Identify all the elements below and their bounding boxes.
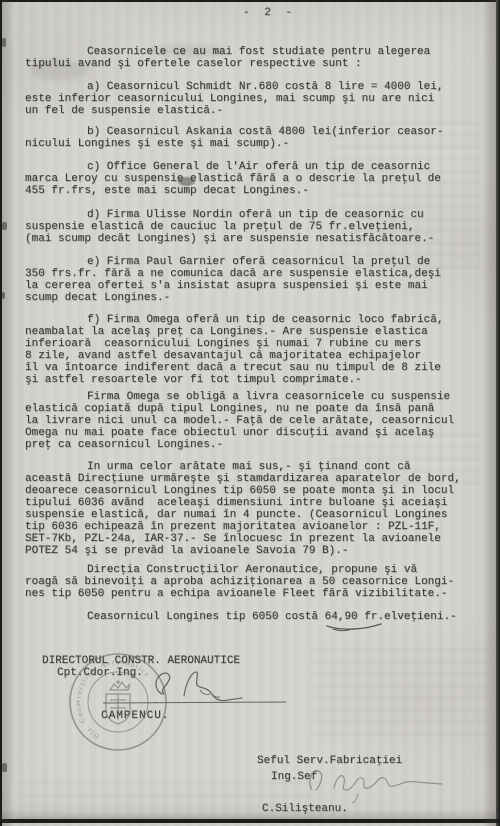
text-line: inferioară ceasornicului Longines şi num… [25, 338, 485, 350]
text-line: Direcţia Construcţiilor Aeronautice, pro… [25, 564, 485, 576]
text-line: 455 fr.frs, este mai scump decat Longine… [25, 185, 485, 197]
text-line: suspensie elastică, dar numai în 4 punct… [25, 509, 485, 521]
scan-shadow [482, 0, 496, 826]
scan-shadow [2, 0, 14, 826]
text-line: elastică copiată după tipul Longines, nu… [25, 403, 485, 415]
text-line: este inferior ceasornicului Longines, ma… [25, 93, 485, 105]
text-line: neambalat la acelaş preţ ca Longines.- A… [25, 326, 485, 338]
chief-signature-scribble [300, 760, 470, 805]
text-line: d) Firma Ulisse Nordin oferă un tip de c… [25, 209, 485, 221]
text-line: nicului Longines şi este şi mai scump).- [25, 138, 485, 150]
text-line: deoarece ceasornicul Longines tip 6050 s… [25, 485, 485, 497]
text-line: f) Firma Omega oferă un tip de ceasornic… [25, 314, 485, 326]
text-line: Firma Omega se obligă a livra ceasornice… [25, 391, 485, 403]
bleed-through-text [310, 645, 485, 735]
paragraph: c) Office General de l'Air oferă un tip … [25, 161, 485, 197]
stamp-star: * [76, 701, 80, 708]
text-line: SET-7Kb, PZL-24a, IAR-37.- Se înlocuesc … [25, 533, 485, 545]
text-line: Omega nu mai poate face obiectul unor di… [25, 427, 485, 439]
paragraph: Ceasornicul Longines tip 6050 costă 64,9… [25, 611, 485, 623]
text-line: POTEZ 54 şi se prevăd la avioanele Savoi… [25, 545, 485, 557]
page-number: - 2 - [243, 7, 296, 19]
text-line: 8 zile, avand astfel desavantajul că maj… [25, 350, 485, 362]
paragraph: a) Ceasornicul Schmidt Nr.680 costă 8 li… [25, 81, 485, 117]
text-line: (mai scump decăt Longines) şi are suspen… [25, 233, 485, 245]
paragraph: Ceasornicele ce au mai fost studiate pen… [25, 46, 485, 70]
text-line: marca Leroy cu suspensie elastică fără a… [25, 173, 485, 185]
text-line: la cererea ofertei s'a insistat asupra s… [25, 280, 485, 292]
scan-border-right [496, 0, 500, 826]
text-line: suspensie elastică de cauciuc la preţul … [25, 221, 485, 233]
text-line: a) Ceasornicul Schmidt Nr.680 costă 8 li… [25, 81, 485, 93]
text-line: roagă să binevoiţi a aproba achiziţionar… [25, 576, 485, 588]
director-signature-scribble [140, 660, 270, 710]
paragraph: b) Ceasornicul Askania costă 4800 lei(in… [25, 126, 485, 150]
text-line: nes tip 6050 pentru a echipa avioanele F… [25, 588, 485, 600]
text-line: la livrare nici unul ca model.- Faţă de … [25, 415, 485, 427]
paragraph: d) Firma Ulisse Nordin oferă un tip de c… [25, 209, 485, 245]
text-line: e) Firma Paul Garnier oferă ceasornicul … [25, 256, 485, 268]
paragraph: Direcţia Construcţiilor Aeronautice, pro… [25, 564, 485, 600]
scanned-document-page: - 2 - Ceasornicele ce au mai fost studia… [0, 0, 500, 826]
text-line: 350 frs.fr. fără a ne comunica dacă are … [25, 268, 485, 280]
text-line: scump decat Longines.- [25, 292, 485, 304]
text-line: In urma celor arătate mai sus,- şi ţinan… [25, 461, 485, 473]
text-line: Ceasornicul Longines tip 6050 costă 64,9… [25, 611, 485, 623]
text-line: această Direcţiune urmăreşte şi stamdard… [25, 473, 485, 485]
text-line: preţ ca ceasornicul Longines.- [25, 439, 485, 451]
text-line: tipului 6036 avănd aceleaşi dimensiuni i… [25, 497, 485, 509]
text-line: Ceasornicele ce au mai fost studiate pen… [25, 46, 485, 58]
text-line: c) Office General de l'Air oferă un tip … [25, 161, 485, 173]
coat-of-arms-icon [106, 680, 130, 724]
scan-border-top [0, 0, 500, 2]
text-line: tipului avand şi ofertele caselor respec… [25, 58, 485, 70]
text-line: tip 6036 echipează în prezent majoritate… [25, 521, 485, 533]
text-line: b) Ceasornicul Askania costă 4800 lei(in… [25, 126, 485, 138]
scan-border-bottom [0, 819, 500, 823]
scan-shadow [0, 809, 500, 819]
paragraph: f) Firma Omega oferă un tip de ceasornic… [25, 314, 485, 386]
hand-underline-icon [323, 618, 393, 634]
text-line: îl va întoarce indiferent dacă a trecut … [25, 362, 485, 374]
ink-blot [178, 177, 195, 186]
paragraph: In urma celor arătate mai sus,- şi ţinan… [25, 461, 485, 557]
text-line: un fel de suspensie elastică.- [25, 105, 485, 117]
paragraph: Firma Omega se obligă a livra ceasornice… [25, 391, 485, 451]
paragraph: e) Firma Paul Garnier oferă ceasornicul … [25, 256, 485, 304]
text-line: şi astfel resoartele vor fi tot timpul c… [25, 374, 485, 386]
